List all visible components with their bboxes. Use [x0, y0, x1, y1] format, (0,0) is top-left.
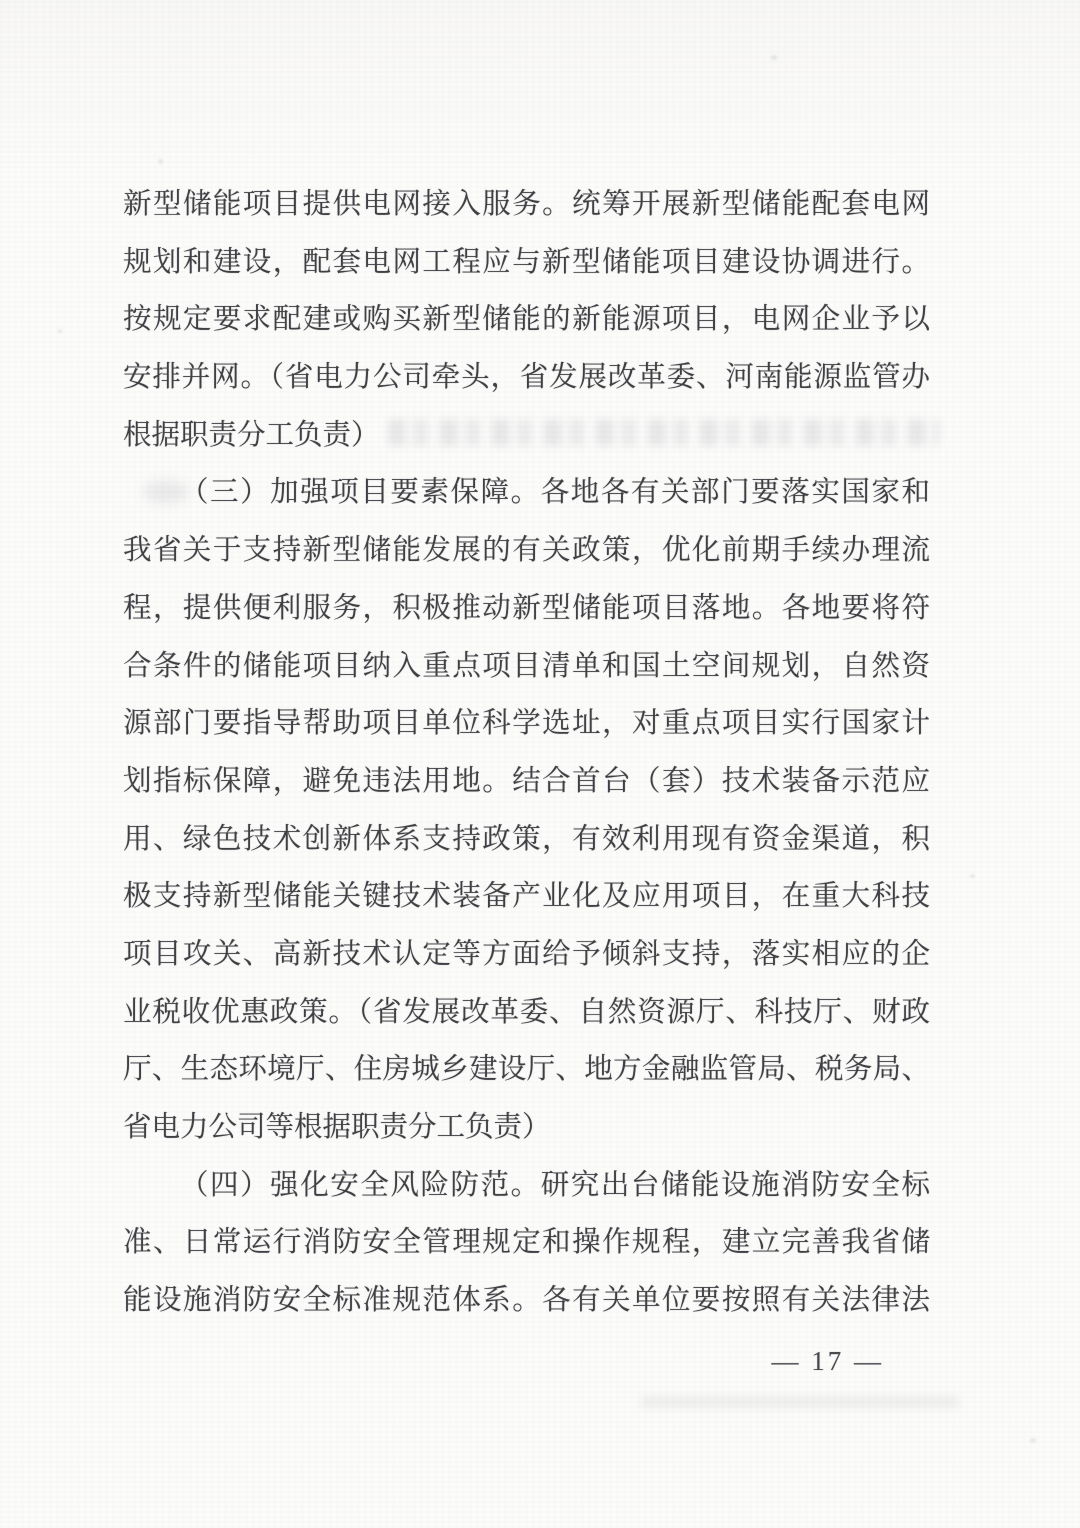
text-line: 项目攻关、高新技术认定等方面给予倾斜支持，落实相应的企 — [123, 926, 930, 984]
scan-smudge — [640, 1396, 960, 1408]
text-line: 准、日常运行消防安全管理规定和操作规程，建立完善我省储 — [123, 1214, 930, 1272]
text-line-section-3-heading: （三）加强项目要素保障。各地各有关部门要落实国家和 — [123, 464, 930, 522]
scan-speck — [58, 329, 62, 333]
scan-speck — [1030, 1438, 1036, 1443]
text-line: 程，提供便利服务，积极推动新型储能项目落地。各地要将符 — [123, 580, 930, 638]
text-line: 按规定要求配建或购买新型储能的新能源项目，电网企业予以 — [123, 291, 930, 349]
scan-speck — [970, 874, 975, 878]
bleed-through-smudge — [143, 481, 189, 503]
text-line: 极支持新型储能关键技术装备产业化及应用项目，在重大科技 — [123, 868, 930, 926]
page-number: — 17 — — [772, 1341, 885, 1381]
text-line: 划指标保障，避免违法用地。结合首台（套）技术装备示范应 — [123, 753, 930, 811]
text-line: 省电力公司等根据职责分工负责） — [123, 1099, 930, 1157]
text-line: 源部门要指导帮助项目单位科学选址，对重点项目实行国家计 — [123, 695, 930, 753]
text-line: 业税收优惠政策。（省发展改革委、自然资源厅、科技厅、财政 — [123, 984, 930, 1042]
scan-speck — [158, 159, 163, 164]
text-line: 规划和建设，配套电网工程应与新型储能项目建设协调进行。 — [123, 234, 930, 292]
text-line: 厅、生态环境厅、住房城乡建设厅、地方金融监管局、税务局、 — [123, 1041, 930, 1099]
bleed-through-artifact — [388, 419, 940, 446]
text-line: 我省关于支持新型储能发展的有关政策，优化前期手续办理流 — [123, 522, 930, 580]
text-line: 新型储能项目提供电网接入服务。统筹开展新型储能配套电网 — [123, 176, 930, 234]
text-line: 安排并网。（省电力公司牵头，省发展改革委、河南能源监管办 — [123, 349, 930, 407]
text-line: 用、绿色技术创新体系支持政策，有效利用现有资金渠道，积 — [123, 811, 930, 869]
text-line-section-4-heading: （四）强化安全风险防范。研究出台储能设施消防安全标 — [123, 1157, 930, 1215]
scan-speck — [771, 55, 777, 60]
text-line: 能设施消防安全标准规范体系。各有关单位要按照有关法律法 — [123, 1272, 930, 1330]
document-text-block: 新型储能项目提供电网接入服务。统筹开展新型储能配套电网 规划和建设，配套电网工程… — [123, 176, 930, 1330]
text-line: 合条件的储能项目纳入重点项目清单和国土空间规划，自然资 — [123, 638, 930, 696]
scanned-document-page: 新型储能项目提供电网接入服务。统筹开展新型储能配套电网 规划和建设，配套电网工程… — [0, 0, 1080, 1528]
